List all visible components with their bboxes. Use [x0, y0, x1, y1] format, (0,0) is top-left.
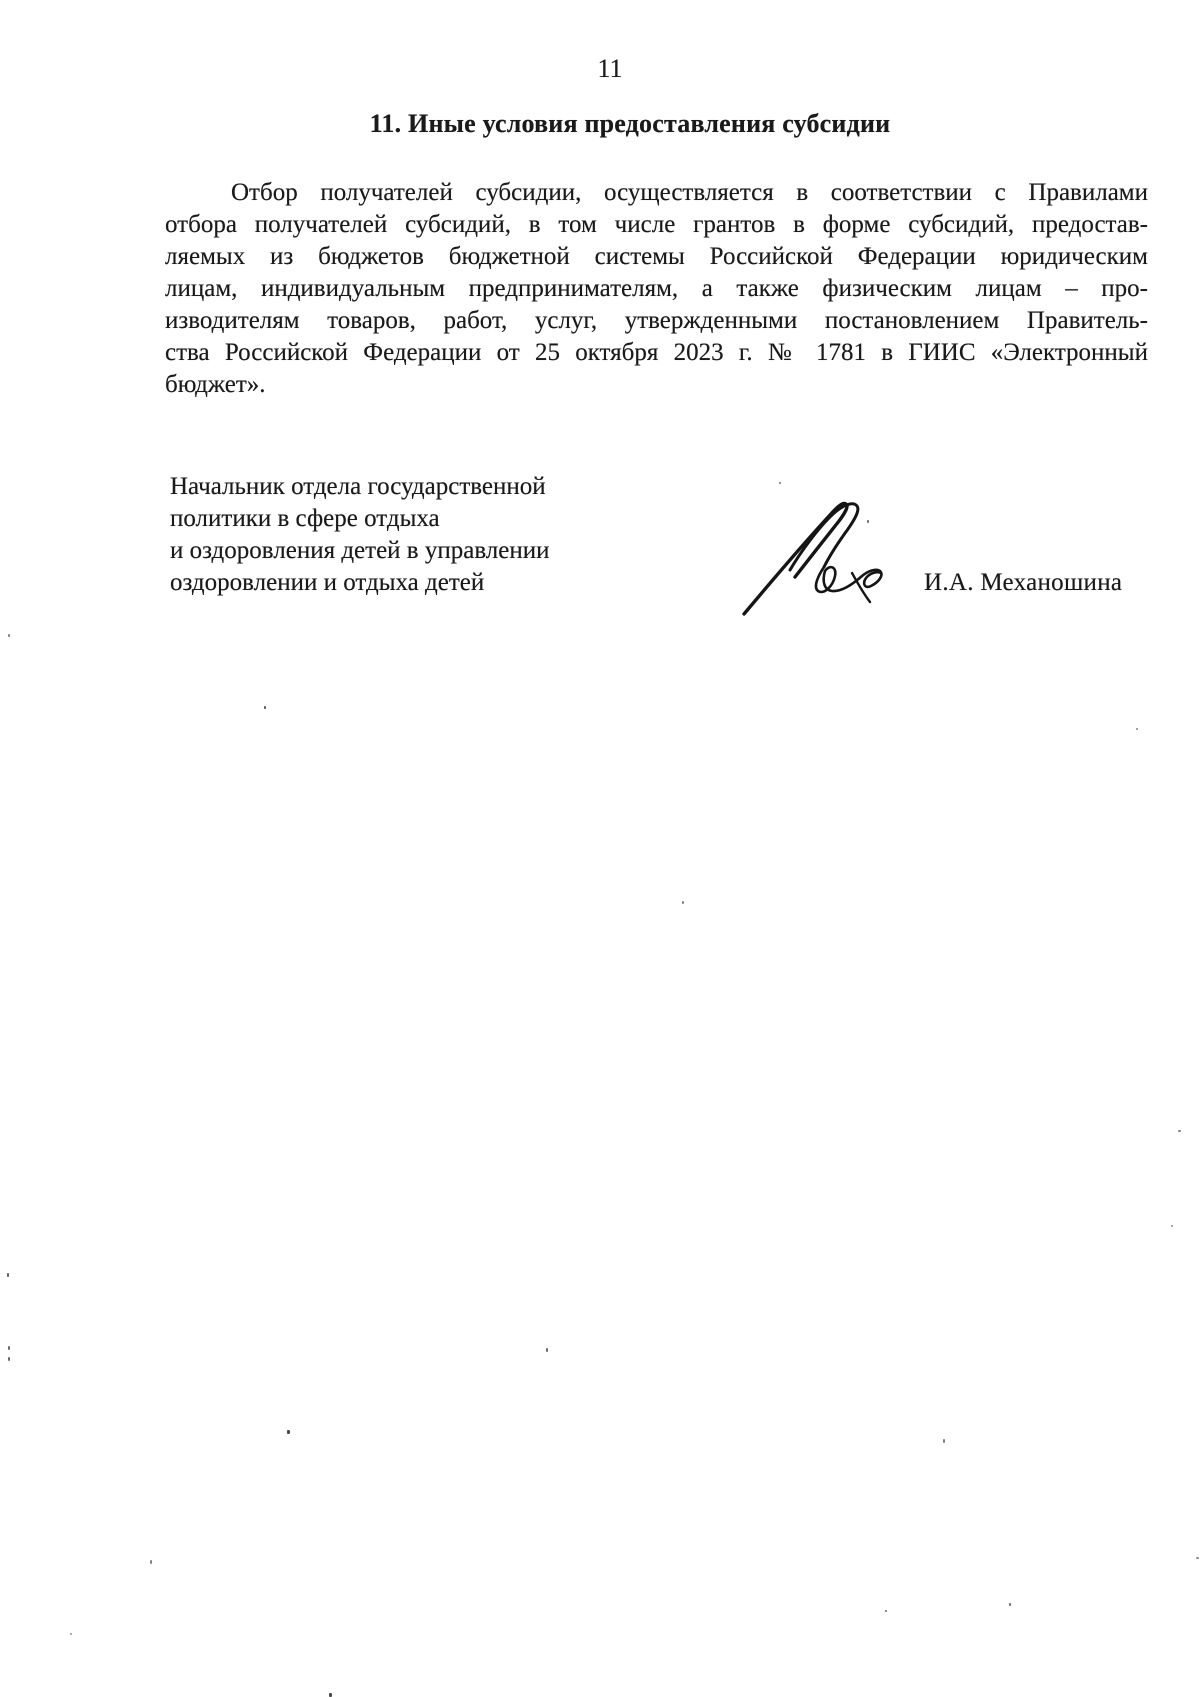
section-heading: 11. Иные условия предоставления субсидии	[165, 108, 1095, 140]
scan-speck	[546, 1348, 548, 1352]
signoff-title-line: Начальник отдела государственной	[170, 471, 730, 503]
paragraph-line: изводителям товаров, работ, услуг, утвер…	[165, 305, 1148, 337]
document-page: 11 11. Иные условия предоставления субси…	[0, 0, 1200, 1697]
scan-speck	[1196, 1557, 1199, 1559]
scan-speck	[264, 706, 266, 709]
scan-speck	[1136, 728, 1138, 730]
scan-speck	[1171, 1225, 1173, 1227]
paragraph-line: отбора получателей субсидий, в том числе…	[165, 209, 1148, 241]
scan-speck	[150, 1560, 152, 1564]
page-number: 11	[165, 53, 1055, 85]
paragraph-line: ства Российской Федерации от 25 октября …	[165, 337, 1148, 369]
scan-speck	[1009, 1603, 1011, 1606]
signoff-title-line: и оздоровления детей в управлении	[170, 535, 730, 567]
scan-speck	[682, 901, 684, 904]
paragraph-line: лицам, индивидуальным предпринимателям, …	[165, 273, 1148, 305]
scan-speck	[287, 1430, 290, 1434]
signoff-title-line: оздоровлении и отдыха детей	[170, 567, 730, 599]
scan-speck	[8, 1346, 10, 1350]
signatory-name: И.А. Механошина	[924, 567, 1184, 599]
scan-speck	[779, 482, 781, 484]
scan-speck	[867, 520, 869, 523]
handwritten-signature	[735, 460, 910, 635]
scan-speck	[70, 1633, 72, 1635]
scan-speck	[8, 634, 10, 637]
scan-speck	[943, 1439, 945, 1443]
paragraph-line: ляемых из бюджетов бюджетной системы Рос…	[165, 241, 1148, 273]
scan-speck	[885, 1610, 887, 1612]
signoff-title-line: политики в сфере отдыха	[170, 503, 730, 535]
scan-speck	[8, 1357, 10, 1361]
paragraph-line: бюджет».	[165, 369, 1148, 401]
scan-speck	[7, 1273, 9, 1277]
paragraph-line: Отбор получателей субсидии, осуществляет…	[165, 177, 1148, 209]
scan-speck	[1178, 1130, 1181, 1132]
scan-speck	[329, 1693, 332, 1697]
body-paragraph: Отбор получателей субсидии, осуществляет…	[165, 177, 1148, 401]
signoff-block: Начальник отдела государственной политик…	[170, 471, 730, 599]
